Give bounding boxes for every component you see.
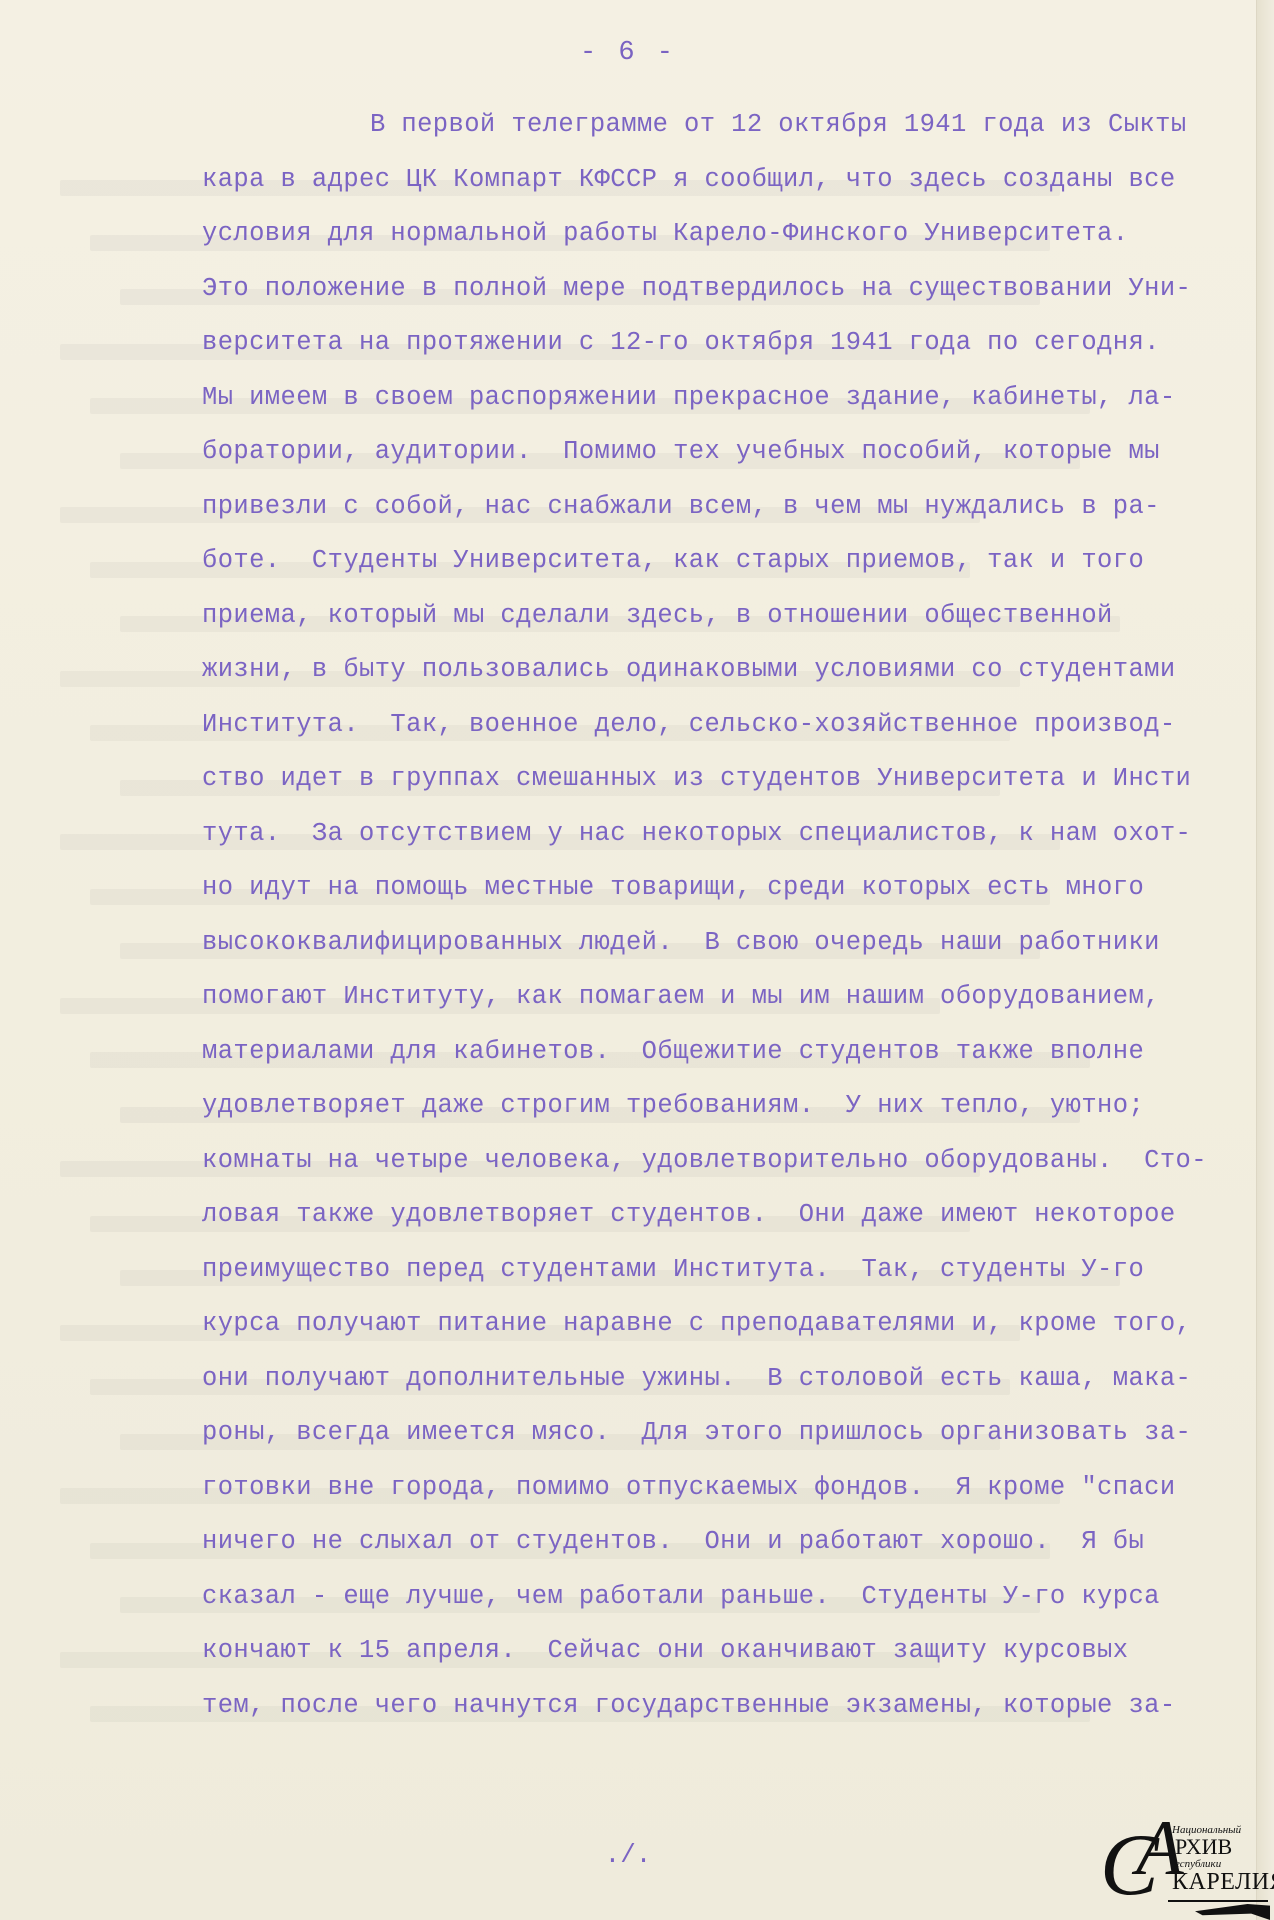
text-line: ство идет в группах смешанных из студент… xyxy=(202,752,1262,807)
text-line: высококвалифицированных людей. В свою оч… xyxy=(202,916,1262,971)
text-line: ничего не слыхал от студентов. Они и раб… xyxy=(202,1515,1262,1570)
text-line: кончают к 15 апреля. Сейчас они оканчива… xyxy=(202,1624,1262,1679)
text-line: ловая также удовлетворяет студентов. Они… xyxy=(202,1188,1262,1243)
text-line: кара в адрес ЦК Компарт КФССР я сообщил,… xyxy=(202,153,1262,208)
text-line: В первой телеграмме от 12 октября 1941 г… xyxy=(202,98,1262,153)
logo-rule xyxy=(1168,1900,1268,1902)
text-line: преимущество перед студентами Института.… xyxy=(202,1243,1262,1298)
text-line: Института. Так, военное дело, сельско-хо… xyxy=(202,698,1262,753)
document-body: В первой телеграмме от 12 октября 1941 г… xyxy=(202,98,1262,1733)
document-page: - 6 - В первой телеграмме от 12 октября … xyxy=(0,0,1256,1920)
text-line: материалами для кабинетов. Общежитие сту… xyxy=(202,1025,1262,1080)
logo-line-archive: РХИВ xyxy=(1175,1836,1232,1858)
text-line: условия для нормальной работы Карело-Фин… xyxy=(202,207,1262,262)
text-line: Это положение в полной мере подтвердилос… xyxy=(202,262,1262,317)
text-line: Мы имеем в своем распоряжении прекрасное… xyxy=(202,371,1262,426)
quill-icon xyxy=(1195,1904,1270,1920)
text-line: курса получают питание наравне с препода… xyxy=(202,1297,1262,1352)
text-line: комнаты на четыре человека, удовлетворит… xyxy=(202,1134,1262,1189)
text-line: но идут на помощь местные товарищи, сред… xyxy=(202,861,1262,916)
text-line: тута. За отсутствием у нас некоторых спе… xyxy=(202,807,1262,862)
text-line: готовки вне города, помимо отпускаемых ф… xyxy=(202,1461,1262,1516)
page-number: - 6 - xyxy=(0,38,1256,68)
page-fold-edge xyxy=(1256,0,1274,1920)
text-line: помогают Институту, как помагаем и мы им… xyxy=(202,970,1262,1025)
text-line: удовлетворяет даже строгим требованиям. … xyxy=(202,1079,1262,1134)
text-line: тем, после чего начнутся государственные… xyxy=(202,1679,1262,1734)
logo-line-karelia: КАРЕЛИЯ xyxy=(1172,1870,1274,1894)
text-line: боратории, аудитории. Помимо тех учебных… xyxy=(202,425,1262,480)
text-line: привезли с собой, нас снабжали всем, в ч… xyxy=(202,480,1262,535)
end-mark: ./. xyxy=(0,1840,1256,1870)
archive-logo: С А Национальный РХИВ еспублики КАРЕЛИЯ xyxy=(1100,1812,1270,1920)
text-line: боте. Студенты Университета, как старых … xyxy=(202,534,1262,589)
text-line: они получают дополнительные ужины. В сто… xyxy=(202,1352,1262,1407)
text-line: сказал - еще лучше, чем работали раньше.… xyxy=(202,1570,1262,1625)
text-line: приема, который мы сделали здесь, в отно… xyxy=(202,589,1262,644)
text-line: жизни, в быту пользовались одинаковыми у… xyxy=(202,643,1262,698)
text-line: роны, всегда имеется мясо. Для этого при… xyxy=(202,1406,1262,1461)
text-line: верситета на протяжении с 12-го октября … xyxy=(202,316,1262,371)
